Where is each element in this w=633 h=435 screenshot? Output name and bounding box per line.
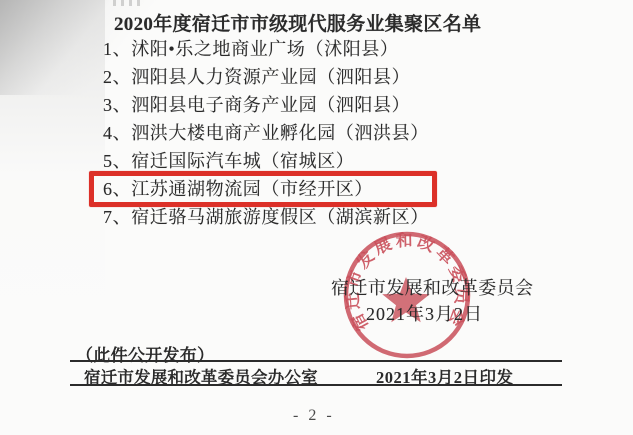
item-text: 沭阳•乐之地商业广场（沭阳县） xyxy=(131,39,398,59)
item-number: 4、 xyxy=(103,119,131,147)
list-item-7: 7、宿迁骆马湖旅游度假区（湖滨新区） xyxy=(103,203,429,231)
item-number: 1、 xyxy=(103,35,131,63)
item-text: 泗阳县电子商务产业园（泗阳县） xyxy=(131,95,410,115)
item-text: 宿迁骆马湖旅游度假区（湖滨新区） xyxy=(131,207,429,227)
item-number: 7、 xyxy=(103,203,131,231)
item-number: 3、 xyxy=(103,91,131,119)
item-number: 2、 xyxy=(103,63,131,91)
public-release-note: （此件公开发布） xyxy=(76,341,214,366)
list-item-2: 2、泗阳县人力资源产业园（泗阳县） xyxy=(103,63,429,91)
scanned-document-page: 2020年度宿迁市市级现代服务业集聚区名单 1、沭阳•乐之地商业广场（沭阳县） … xyxy=(0,0,633,435)
signature-date: 2021年3月2日 xyxy=(366,300,483,326)
signature-org: 宿迁市发展和改革委员会 xyxy=(331,274,533,300)
footer-divider-bottom xyxy=(70,384,562,386)
red-highlight-box xyxy=(89,171,437,207)
list-item-4: 4、泗洪大楼电商产业孵化园（泗洪县） xyxy=(103,119,429,147)
list-item-1: 1、沭阳•乐之地商业广场（沭阳县） xyxy=(103,35,429,63)
cropped-text-fragment xyxy=(113,0,143,6)
item-text: 泗洪大楼电商产业孵化园（泗洪县） xyxy=(131,123,429,143)
document-title: 2020年度宿迁市市级现代服务业集聚区名单 xyxy=(114,9,481,36)
item-text: 宿迁国际汽车城（宿城区） xyxy=(131,151,354,171)
item-text: 泗阳县人力资源产业园（泗阳县） xyxy=(131,67,410,87)
footer-divider-top xyxy=(70,360,562,362)
page-number: - 2 - xyxy=(293,407,335,425)
list-item-3: 3、泗阳县电子商务产业园（泗阳县） xyxy=(103,91,429,119)
